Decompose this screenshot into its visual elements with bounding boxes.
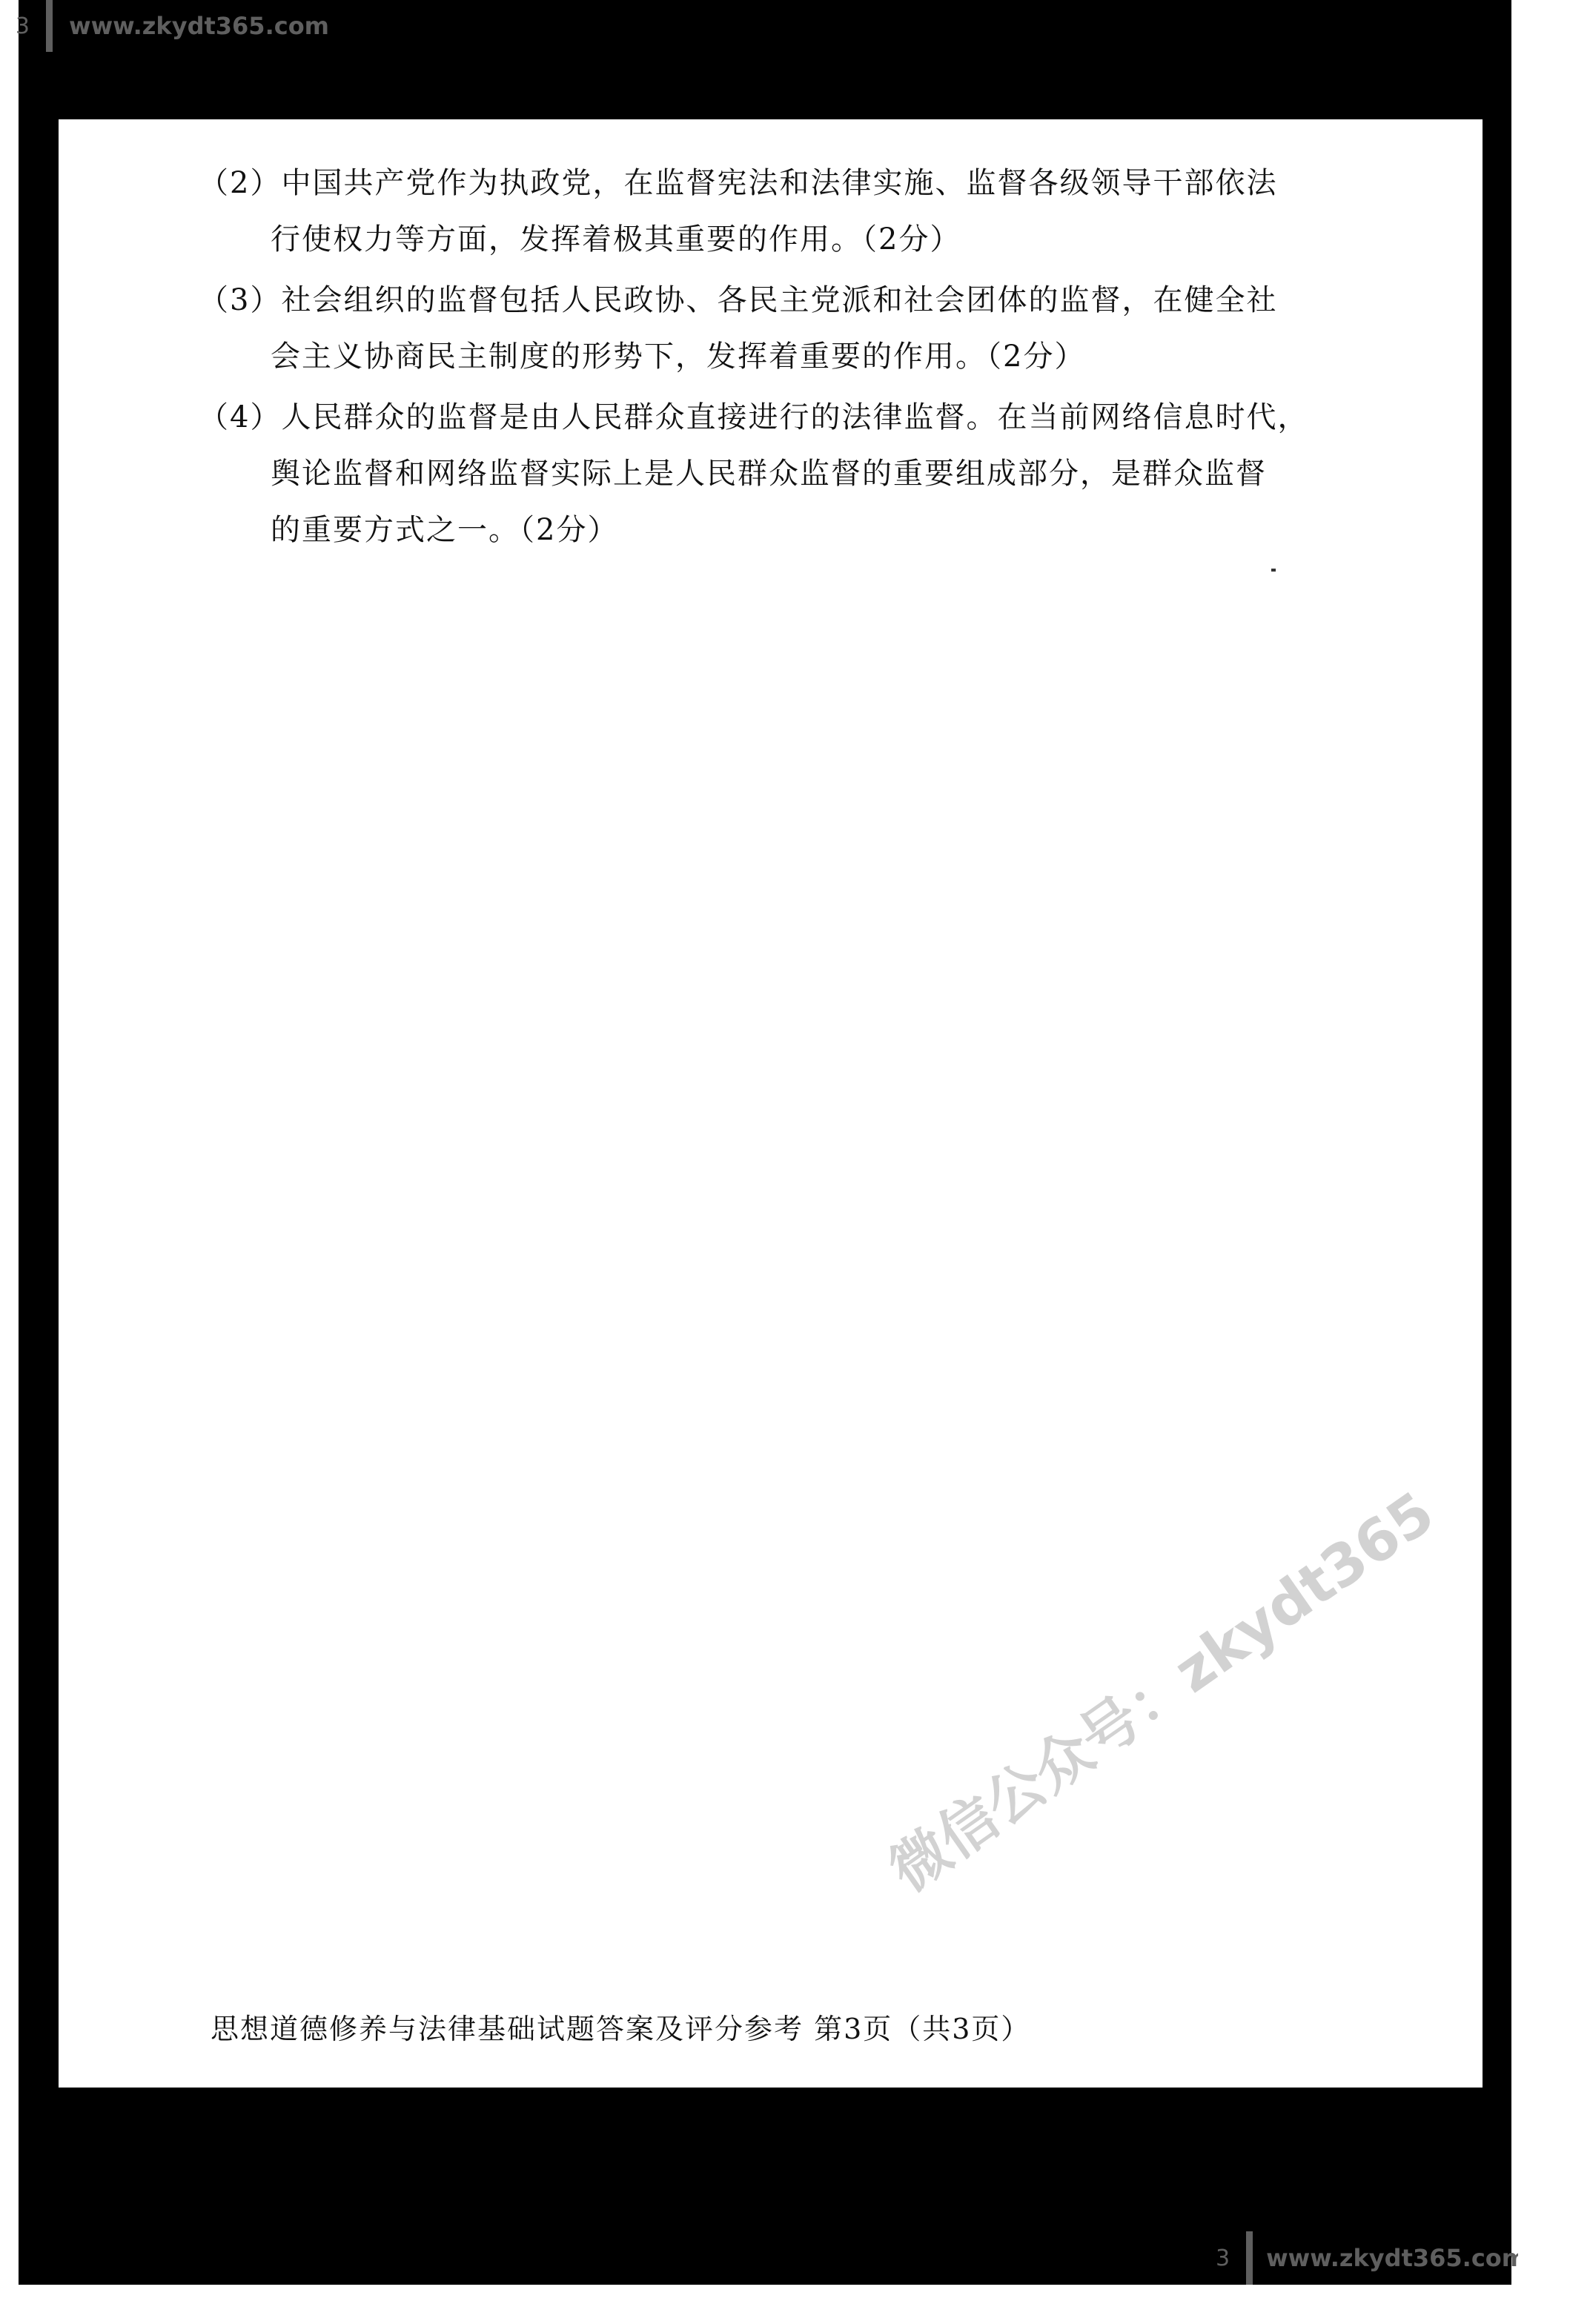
answer-content: （2）中国共产党作为执政党，在监督宪法和法律实施、监督各级领导干部依法 行使权力… (199, 155, 1385, 563)
bottom-page-number: 3 (1216, 2245, 1230, 2271)
document-page: （2）中国共产党作为执政党，在监督宪法和法律实施、监督各级领导干部依法 行使权力… (59, 119, 1483, 2088)
answer-line: 行使权力等方面，发挥着极其重要的作用。（2分） (199, 211, 1385, 268)
answer-item-3: （3）社会组织的监督包括人民政协、各民主党派和社会团体的监督，在健全社 会主义协… (199, 272, 1385, 385)
answer-line: （4）人民群众的监督是由人民群众直接进行的法律监督。在当前网络信息时代， (199, 389, 1385, 446)
page-footer-title: 思想道德修养与法律基础试题答案及评分参考 第3页（共3页） (211, 2006, 1030, 2047)
answer-line: 舆论监督和网络监督实际上是人民群众监督的重要组成部分，是群众监督 (199, 446, 1385, 502)
watermark-text: 微信公众号：zkydt365 (871, 1469, 1448, 1907)
banner-divider (1246, 2231, 1253, 2285)
top-banner: 3 www.zkydt365.com (0, 0, 329, 52)
top-page-number: 3 (0, 13, 30, 39)
bottom-banner: 3 www.zkydt365.com (1216, 2231, 1518, 2285)
answer-item-2: （2）中国共产党作为执政党，在监督宪法和法律实施、监督各级领导干部依法 行使权力… (199, 155, 1385, 268)
scan-speck (1271, 569, 1276, 572)
top-site-link[interactable]: www.zkydt365.com (69, 12, 329, 40)
answer-line: 会主义协商民主制度的形势下，发挥着重要的作用。（2分） (199, 328, 1385, 385)
answer-line: 的重要方式之一。（2分） (199, 502, 1385, 558)
banner-divider (46, 0, 53, 52)
answer-item-4: （4）人民群众的监督是由人民群众直接进行的法律监督。在当前网络信息时代， 舆论监… (199, 389, 1385, 558)
answer-line: （2）中国共产党作为执政党，在监督宪法和法律实施、监督各级领导干部依法 (199, 155, 1385, 211)
answer-line: （3）社会组织的监督包括人民政协、各民主党派和社会团体的监督，在健全社 (199, 272, 1385, 328)
bottom-site-link[interactable]: www.zkydt365.com (1266, 2244, 1518, 2272)
